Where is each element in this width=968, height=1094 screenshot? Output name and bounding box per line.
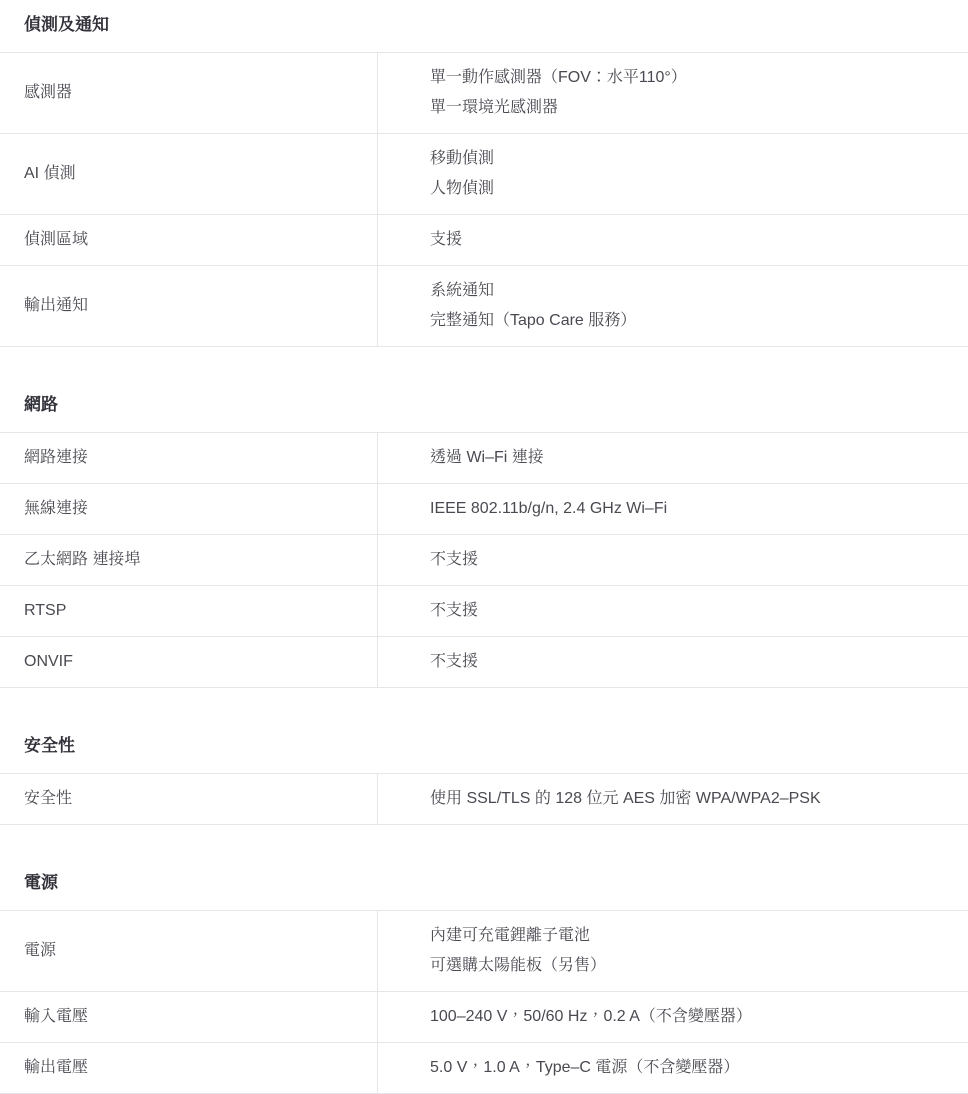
spec-row: AI 偵測移動偵測人物偵測 <box>0 133 968 214</box>
spec-value-line: 100–240 V，50/60 Hz，0.2 A（不含變壓器） <box>430 1002 944 1032</box>
spec-row: 安全性使用 SSL/TLS 的 128 位元 AES 加密 WPA/WPA2–P… <box>0 773 968 824</box>
spec-value-line: 系統通知 <box>430 276 944 306</box>
spec-value-line: 移動偵測 <box>430 144 944 174</box>
spec-label: 安全性 <box>0 774 378 824</box>
spec-section: 偵測及通知感測器單一動作感測器（FOV：水平110°）單一環境光感測器AI 偵測… <box>0 13 968 347</box>
spec-row: 乙太網路 連接埠不支援 <box>0 534 968 585</box>
spec-label: AI 偵測 <box>0 134 378 214</box>
spec-row: 輸出通知系統通知完整通知（Tapo Care 服務） <box>0 265 968 346</box>
spec-value: 單一動作感測器（FOV：水平110°）單一環境光感測器 <box>378 53 968 133</box>
spec-value-line: 單一環境光感測器 <box>430 93 944 123</box>
spec-table: 電源內建可充電鋰離子電池可選購太陽能板（另售）輸入電壓100–240 V，50/… <box>0 910 968 1094</box>
spec-label: 電源 <box>0 911 378 991</box>
spec-value-line: 使用 SSL/TLS 的 128 位元 AES 加密 WPA/WPA2–PSK <box>430 784 944 814</box>
spec-value-line: IEEE 802.11b/g/n, 2.4 GHz Wi–Fi <box>430 494 944 524</box>
spec-value: 移動偵測人物偵測 <box>378 134 968 214</box>
spec-label: RTSP <box>0 586 378 636</box>
spec-value-line: 不支援 <box>430 596 944 626</box>
spec-value-line: 不支援 <box>430 545 944 575</box>
spec-value: 不支援 <box>378 586 968 636</box>
spec-label: ONVIF <box>0 637 378 687</box>
spec-value: 使用 SSL/TLS 的 128 位元 AES 加密 WPA/WPA2–PSK <box>378 774 968 824</box>
spec-label: 偵測區域 <box>0 215 378 265</box>
spec-value: 內建可充電鋰離子電池可選購太陽能板（另售） <box>378 911 968 991</box>
spec-value: IEEE 802.11b/g/n, 2.4 GHz Wi–Fi <box>378 484 968 534</box>
spec-table: 網路連接透過 Wi–Fi 連接無線連接IEEE 802.11b/g/n, 2.4… <box>0 432 968 688</box>
spec-value: 系統通知完整通知（Tapo Care 服務） <box>378 266 968 346</box>
spec-page: 偵測及通知感測器單一動作感測器（FOV：水平110°）單一環境光感測器AI 偵測… <box>0 0 968 1094</box>
spec-sections: 偵測及通知感測器單一動作感測器（FOV：水平110°）單一環境光感測器AI 偵測… <box>0 13 968 1094</box>
spec-label: 乙太網路 連接埠 <box>0 535 378 585</box>
section-title: 偵測及通知 <box>0 13 968 37</box>
spec-label: 感測器 <box>0 53 378 133</box>
section-title: 電源 <box>0 871 968 895</box>
spec-label: 網路連接 <box>0 433 378 483</box>
spec-row: 電源內建可充電鋰離子電池可選購太陽能板（另售） <box>0 910 968 991</box>
spec-row: 輸入電壓100–240 V，50/60 Hz，0.2 A（不含變壓器） <box>0 991 968 1042</box>
spec-label: 輸入電壓 <box>0 992 378 1042</box>
section-title: 網路 <box>0 393 968 417</box>
spec-table: 感測器單一動作感測器（FOV：水平110°）單一環境光感測器AI 偵測移動偵測人… <box>0 52 968 347</box>
spec-value: 不支援 <box>378 535 968 585</box>
spec-row: RTSP不支援 <box>0 585 968 636</box>
spec-value-line: 透過 Wi–Fi 連接 <box>430 443 944 473</box>
spec-value-line: 不支援 <box>430 647 944 677</box>
spec-value-line: 單一動作感測器（FOV：水平110°） <box>430 63 944 93</box>
spec-value-line: 人物偵測 <box>430 174 944 204</box>
spec-value: 透過 Wi–Fi 連接 <box>378 433 968 483</box>
spec-value: 支援 <box>378 215 968 265</box>
spec-table: 安全性使用 SSL/TLS 的 128 位元 AES 加密 WPA/WPA2–P… <box>0 773 968 825</box>
spec-value-line: 完整通知（Tapo Care 服務） <box>430 306 944 336</box>
spec-value-line: 可選購太陽能板（另售） <box>430 951 944 981</box>
spec-value-line: 內建可充電鋰離子電池 <box>430 921 944 951</box>
spec-row: 無線連接IEEE 802.11b/g/n, 2.4 GHz Wi–Fi <box>0 483 968 534</box>
spec-row: 感測器單一動作感測器（FOV：水平110°）單一環境光感測器 <box>0 52 968 133</box>
spec-row: 輸出電壓5.0 V，1.0 A，Type–C 電源（不含變壓器） <box>0 1042 968 1093</box>
spec-section: 電源電源內建可充電鋰離子電池可選購太陽能板（另售）輸入電壓100–240 V，5… <box>0 871 968 1094</box>
spec-section: 安全性安全性使用 SSL/TLS 的 128 位元 AES 加密 WPA/WPA… <box>0 734 968 825</box>
spec-value-line: 5.0 V，1.0 A，Type–C 電源（不含變壓器） <box>430 1053 944 1083</box>
spec-row: ONVIF不支援 <box>0 636 968 687</box>
spec-value: 100–240 V，50/60 Hz，0.2 A（不含變壓器） <box>378 992 968 1042</box>
spec-section: 網路網路連接透過 Wi–Fi 連接無線連接IEEE 802.11b/g/n, 2… <box>0 393 968 688</box>
spec-label: 無線連接 <box>0 484 378 534</box>
spec-row: 偵測區域支援 <box>0 214 968 265</box>
section-title: 安全性 <box>0 734 968 758</box>
spec-label: 輸出通知 <box>0 266 378 346</box>
spec-row: 網路連接透過 Wi–Fi 連接 <box>0 432 968 483</box>
spec-value-line: 支援 <box>430 225 944 255</box>
spec-value: 不支援 <box>378 637 968 687</box>
